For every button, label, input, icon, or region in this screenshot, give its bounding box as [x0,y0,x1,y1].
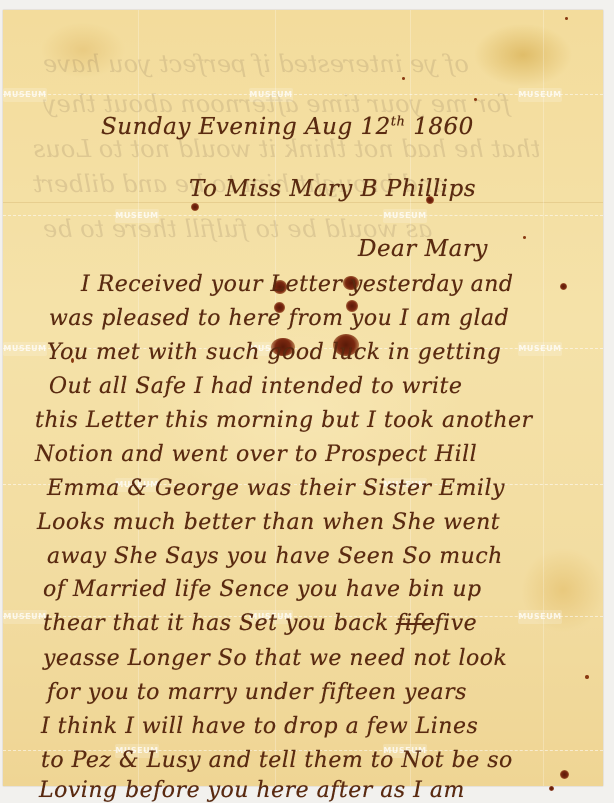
date-month: Aug [305,114,353,140]
body-line: Looks much better than when She went [37,510,500,535]
watermark: MUSEUM [518,610,562,624]
speck [565,17,568,20]
body-line: I think I will have to drop a few Lines [41,714,478,739]
body-line: yeasse Longer So that we need not look [43,646,507,671]
body-line: Emma & George was their Sister Emily [47,476,505,501]
body-line: to Pez & Lusy and tell them to Not be so [41,748,513,773]
ink-stain [560,770,569,779]
watermark: MUSEUM [115,209,159,223]
salutation: Dear Mary [358,236,488,262]
body-line: You met with such good luck in getting [47,340,501,365]
date-day: 12 [361,114,391,140]
watermark-row: MUSEUM MUSEUM MUSEUM [3,94,603,95]
fold-line [3,202,603,203]
speck [474,98,477,101]
ink-stain [560,283,567,290]
body-line: away She Says you have Seen So much [47,544,503,569]
watermark-row: MUSEUM MUSEUM [3,215,603,216]
struck-word: fife [396,611,434,636]
body-line: this Letter this morning but I took anot… [35,408,533,433]
body-line: for you to marry under fifteen years [47,680,467,705]
ink-stain [549,786,554,791]
corrected-word: five [435,611,478,636]
speck [523,236,526,239]
body-line: Loving before you here after as I am [39,778,465,792]
watermark: MUSEUM [518,88,562,102]
body-line: of Married life Sence you have bin up [43,577,482,602]
watermark: MUSEUM [518,342,562,356]
watermark: MUSEUM [3,88,47,102]
body-line: Notion and went over to Prospect Hill [35,442,477,467]
date-year: 1860 [413,114,474,140]
watermark: MUSEUM [3,342,47,356]
speck [402,77,405,80]
body-line: thear that it has Set you back fifefive [43,611,477,636]
speck [585,675,589,679]
ink-stain [191,203,199,211]
bleed-through-text: of ye interested if perfect you have [43,50,469,78]
body-line: Out all Safe I had intended to write [49,374,462,399]
letter-page: of ye interested if perfect you have for… [3,10,603,786]
date-ordinal: th [391,114,406,129]
watermark: MUSEUM [383,209,427,223]
fold-line [543,10,544,786]
date-line: Sunday Evening Aug 12th 1860 [101,114,474,140]
watermark: MUSEUM [249,88,293,102]
watermark: MUSEUM [3,610,47,624]
body-line: was pleased to here from you I am glad [49,306,509,331]
date-weekday: Sunday Evening [101,114,297,140]
body-line-text: thear that it has Set you back [43,611,389,636]
address-line: To Miss Mary B Phillips [189,176,476,202]
body-line: I Received your Letter yesterday and [81,272,513,297]
